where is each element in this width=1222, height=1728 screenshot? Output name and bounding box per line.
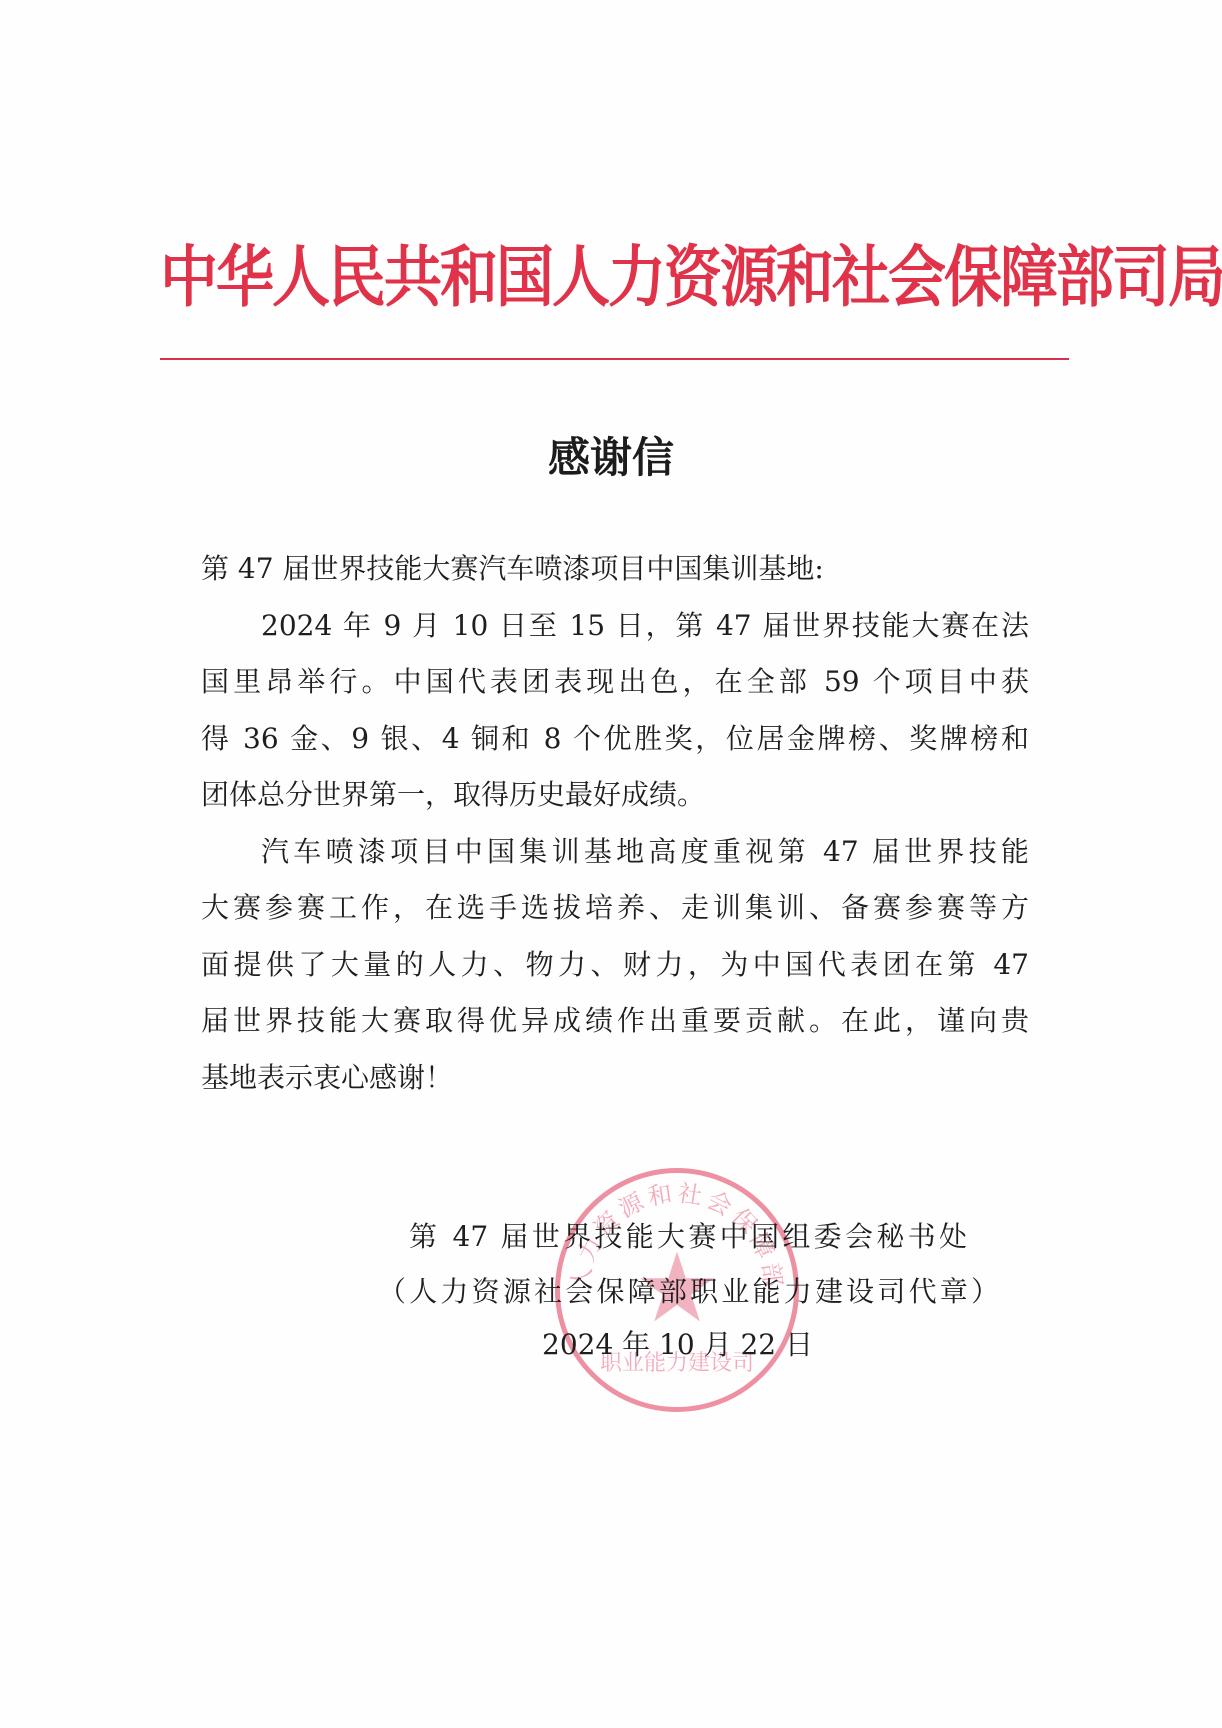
paragraph-2-line-3: 面提供了大量的人力、物力、财力，为中国代表团在第 47	[201, 937, 1029, 994]
letterhead-divider	[160, 358, 1069, 360]
letterhead-title: 中华人民共和国人力资源和社会保障部司局函件	[160, 232, 1069, 322]
paragraph-1-line-1: 2024 年 9 月 10 日至 15 日，第 47 届世界技能大赛在法	[201, 598, 1029, 655]
paragraph-2-line-5: 基地表示衷心感谢！	[201, 1050, 1029, 1107]
paragraph-1-line-2: 国里昂举行。中国代表团表现出色，在全部 59 个项目中获	[201, 654, 1029, 711]
paragraph-2-line-4: 届世界技能大赛取得优异成绩作出重要贡献。在此，谨向贵	[201, 993, 1029, 1050]
paragraph-2-line-1: 汽车喷漆项目中国集训基地高度重视第 47 届世界技能	[201, 824, 1029, 881]
signature-date: 2024 年 10 月 22 日	[542, 1326, 800, 1364]
letter-body: 第 47 届世界技能大赛汽车喷漆项目中国集训基地: 2024 年 9 月 10 …	[201, 541, 1029, 1106]
paragraph-1-line-3: 得 36 金、9 银、4 铜和 8 个优胜奖，位居金牌榜、奖牌榜和	[201, 711, 1029, 768]
signature-proxy-note: （人力资源社会保障部职业能力建设司代章）	[378, 1273, 999, 1311]
letter-page: 中华人民共和国人力资源和社会保障部司局函件 感谢信 第 47 届世界技能大赛汽车…	[0, 0, 1222, 1728]
paragraph-1-line-4: 团体总分世界第一，取得历史最好成绩。	[201, 767, 1029, 824]
salutation: 第 47 届世界技能大赛汽车喷漆项目中国集训基地:	[201, 541, 1029, 598]
signature-organization: 第 47 届世界技能大赛中国组委会秘书处	[409, 1218, 967, 1256]
paragraph-2-line-2: 大赛参赛工作，在选手选拔培养、走训集训、备赛参赛等方	[201, 880, 1029, 937]
document-title: 感谢信	[0, 430, 1222, 486]
